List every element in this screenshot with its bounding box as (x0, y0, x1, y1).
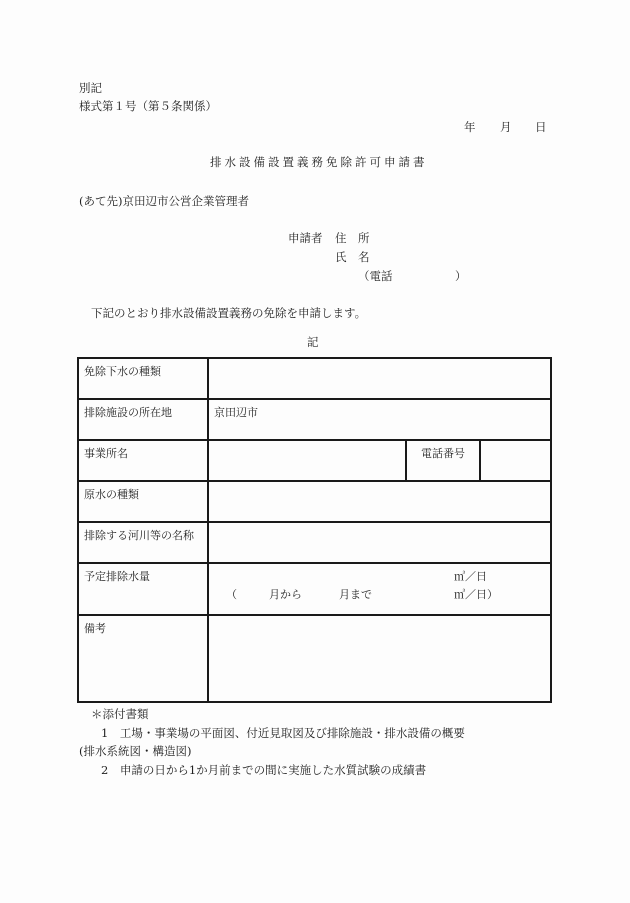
table-row: 免除下水の種類 (78, 358, 551, 399)
table-row: 排除施設の所在地 京田辺市 (78, 399, 551, 440)
business-name-field[interactable] (208, 440, 406, 481)
phone-number-field[interactable] (480, 440, 551, 481)
exemption-type-field[interactable] (208, 358, 551, 399)
phone-number-label: 電話番号 (406, 440, 480, 481)
row-label: 原水の種類 (78, 481, 208, 522)
ki-label: 記 (307, 334, 319, 350)
appendix-label: 別記 (79, 80, 102, 96)
applicant-label: 申請者 (288, 230, 323, 246)
name-label: 氏 名 (335, 249, 370, 265)
volume-unit: ㎥／日 (454, 568, 487, 584)
phone-close: ） (455, 268, 467, 284)
volume-unit-paren: ㎥／日） (454, 586, 498, 602)
facility-location-field[interactable]: 京田辺市 (208, 399, 551, 440)
statement: 下記のとおり排水設備設置義務の免除を申請します。 (91, 305, 366, 321)
table-row: 原水の種類 (78, 481, 551, 522)
river-name-field[interactable] (208, 522, 551, 563)
table-row: 排除する河川等の名称 (78, 522, 551, 563)
date-month: 月 (500, 119, 512, 135)
row-label: 免除下水の種類 (78, 358, 208, 399)
row-label: 予定排除水量 (78, 563, 208, 615)
attachment-item: 2 申請の日から1か月前までの間に実施した水質試験の成績書 (101, 762, 426, 778)
row-label: 排除する河川等の名称 (78, 522, 208, 563)
attachment-item: 1 工場・事業場の平面図、付近見取図及び排除施設・排水設備の概要 (101, 725, 465, 741)
paren-open: （ (226, 586, 237, 602)
to-month: 月まで (339, 586, 372, 602)
address-label: 住 所 (335, 230, 370, 246)
from-month: 月から (269, 586, 302, 602)
addressee: (あて先)京田辺市公営企業管理者 (79, 193, 249, 209)
row-label: 備考 (78, 615, 208, 702)
remarks-field[interactable] (208, 615, 551, 702)
form-number: 様式第１号（第５条関係） (79, 98, 217, 114)
application-table: 免除下水の種類 排除施設の所在地 京田辺市 事業所名 電話番号 原水の種類 排除… (77, 357, 552, 703)
attachment-item: (排水系統図・構造図) (79, 743, 191, 759)
planned-volume-field[interactable]: ㎥／日 （ 月から 月まで ㎥／日） (208, 563, 551, 615)
date-year: 年 (464, 119, 476, 135)
phone-open: （電話 (358, 268, 393, 284)
raw-water-type-field[interactable] (208, 481, 551, 522)
table-row: 備考 (78, 615, 551, 702)
table-row: 予定排除水量 ㎥／日 （ 月から 月まで ㎥／日） (78, 563, 551, 615)
row-label: 事業所名 (78, 440, 208, 481)
document-title: 排水設備設置義務免除許可申請書 (210, 154, 428, 170)
attachments-heading: ＊添付書類 (91, 706, 149, 722)
date-day: 日 (535, 119, 547, 135)
table-row: 事業所名 電話番号 (78, 440, 551, 481)
row-label: 排除施設の所在地 (78, 399, 208, 440)
